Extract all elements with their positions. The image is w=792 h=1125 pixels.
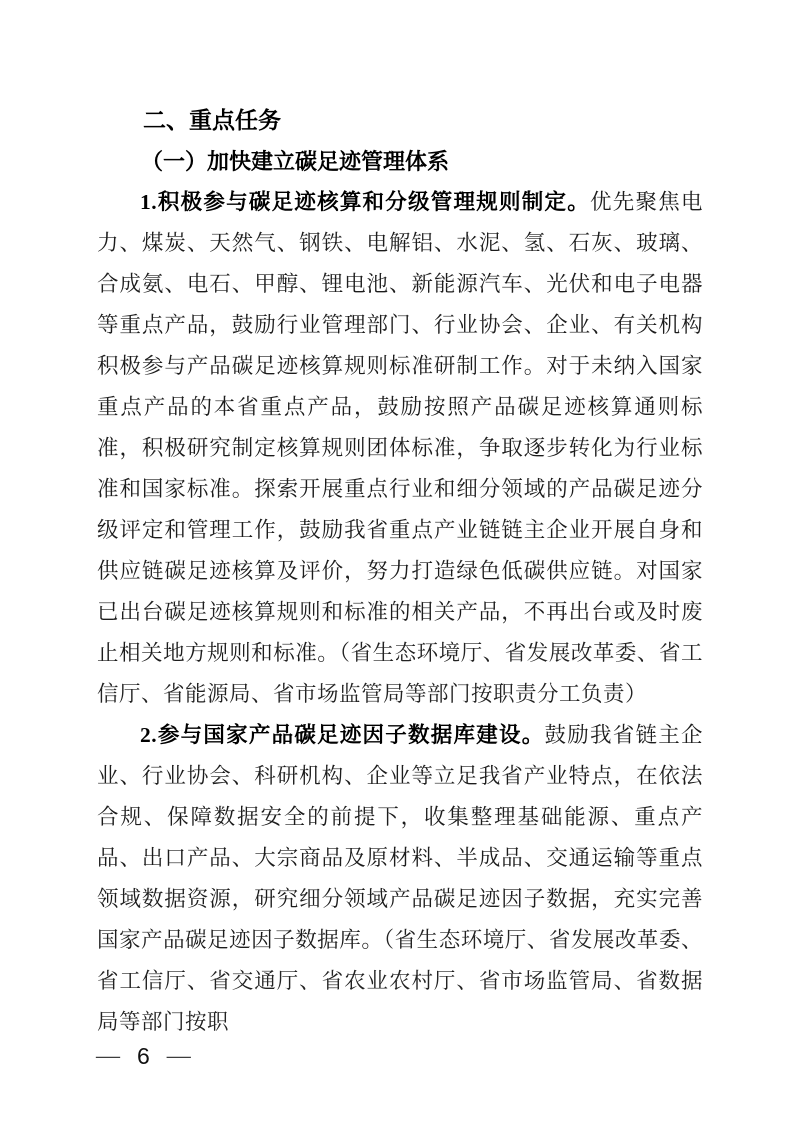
page-footer: — 6 — [96, 1042, 191, 1070]
paragraph-1: 1.积极参与碳足迹核算和分级管理规则制定。优先聚焦电力、煤炭、天然气、钢铁、电解… [97, 182, 703, 715]
section-heading: 二、重点任务 [97, 100, 703, 141]
paragraph-1-body: 优先聚焦电力、煤炭、天然气、钢铁、电解铝、水泥、氢、石灰、玻璃、合成氨、电石、甲… [97, 190, 703, 665]
subsection-heading: （一）加快建立碳足迹管理体系 [97, 141, 703, 182]
footer-dash-left: — [96, 1042, 120, 1070]
document-body: 二、重点任务 （一）加快建立碳足迹管理体系 1.积极参与碳足迹核算和分级管理规则… [97, 100, 703, 1043]
paragraph-1-lead: 1.积极参与碳足迹核算和分级管理规则制定。 [140, 190, 590, 214]
paragraph-2-lead: 2.参与国家产品碳足迹因子数据库建设。 [140, 723, 545, 747]
document-page: 二、重点任务 （一）加快建立碳足迹管理体系 1.积极参与碳足迹核算和分级管理规则… [0, 0, 792, 1125]
footer-dash-right: — [167, 1042, 191, 1070]
paragraph-2-body: 鼓励我省链主企业、行业协会、科研机构、企业等立足我省产业特点，在依法合规、保障数… [97, 723, 703, 952]
page-number: 6 [137, 1042, 150, 1070]
paragraph-2: 2.参与国家产品碳足迹因子数据库建设。鼓励我省链主企业、行业协会、科研机构、企业… [97, 715, 703, 1043]
